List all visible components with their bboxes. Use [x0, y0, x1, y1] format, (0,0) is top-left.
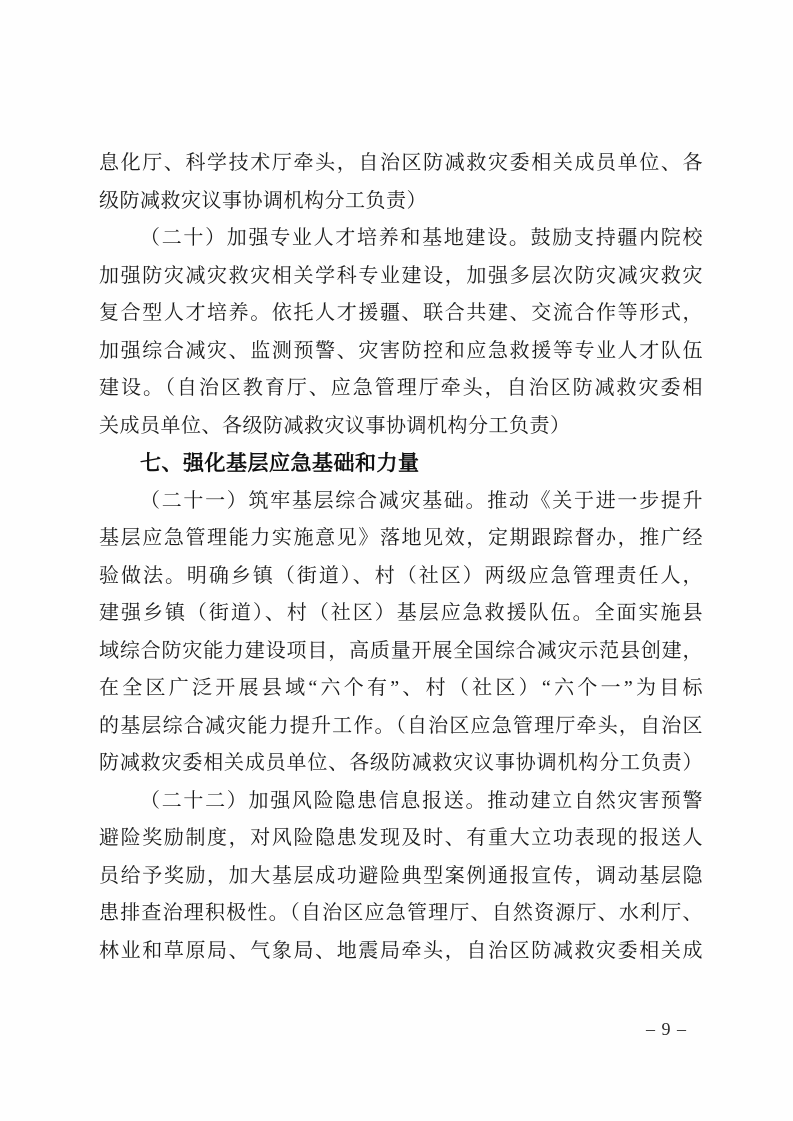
body-line: 防减救灾委相关成员单位、各级防减救灾议事协调机构分工负责）	[99, 745, 703, 783]
body-line: 域综合防灾能力建设项目，高质量开展全国综合减灾示范县创建，	[99, 633, 703, 671]
body-line: 避险奖励制度，对风险隐患发现及时、有重大立功表现的报送人	[99, 820, 703, 858]
page-number: – 9 –	[646, 1019, 687, 1040]
document-page: 息化厅、科学技术厅牵头，自治区防减救灾委相关成员单位、各 级防减救灾议事协调机构…	[0, 0, 793, 1121]
body-line: 的基层综合减灾能力提升工作。（自治区应急管理厅牵头，自治区	[99, 708, 703, 746]
body-line: （二十）加强专业人才培养和基地建设。鼓励支持疆内院校	[99, 220, 703, 258]
document-text-block: 息化厅、科学技术厅牵头，自治区防减救灾委相关成员单位、各 级防减救灾议事协调机构…	[99, 145, 703, 970]
body-line: 加强防灾减灾救灾相关学科专业建设，加强多层次防灾减灾救灾	[99, 258, 703, 296]
body-line: 加强综合减灾、监测预警、灾害防控和应急救援等专业人才队伍	[99, 333, 703, 371]
body-line: 建强乡镇（街道）、村（社区）基层应急救援队伍。全面实施县	[99, 595, 703, 633]
body-line: 建设。（自治区教育厅、应急管理厅牵头，自治区防减救灾委相	[99, 370, 703, 408]
body-line: 患排查治理积极性。（自治区应急管理厅、自然资源厅、水利厅、	[99, 895, 703, 933]
body-line: 员给予奖励，加大基层成功避险典型案例通报宣传，调动基层隐	[99, 858, 703, 896]
body-line: 验做法。明确乡镇（街道）、村（社区）两级应急管理责任人，	[99, 558, 703, 596]
body-line: 关成员单位、各级防减救灾议事协调机构分工负责）	[99, 408, 703, 446]
body-line: 林业和草原局、气象局、地震局牵头，自治区防减救灾委相关成	[99, 933, 703, 971]
body-line: 息化厅、科学技术厅牵头，自治区防减救灾委相关成员单位、各	[99, 145, 703, 183]
body-line: （二十一）筑牢基层综合减灾基础。推动《关于进一步提升	[99, 483, 703, 521]
body-line: 级防减救灾议事协调机构分工负责）	[99, 183, 703, 221]
body-line: 基层应急管理能力实施意见》落地见效，定期跟踪督办，推广经	[99, 520, 703, 558]
body-line: （二十二）加强风险隐患信息报送。推动建立自然灾害预警	[99, 783, 703, 821]
body-line: 复合型人才培养。依托人才援疆、联合共建、交流合作等形式，	[99, 295, 703, 333]
section-heading: 七、强化基层应急基础和力量	[99, 445, 703, 483]
body-line: 在全区广泛开展县域“六个有”、村（社区）“六个一”为目标	[99, 670, 703, 708]
